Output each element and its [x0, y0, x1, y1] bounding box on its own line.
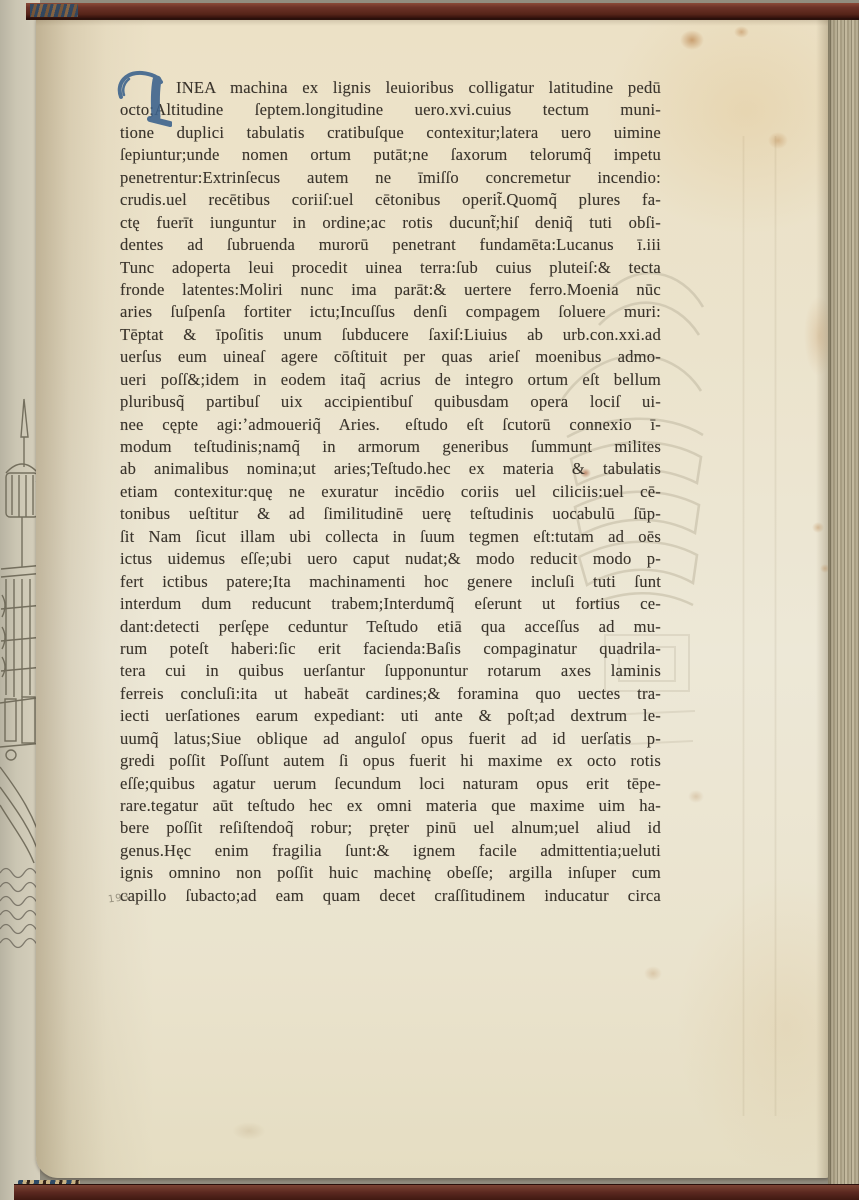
- book-page-scan: INEA machina ex lignis leuioribus collig…: [0, 0, 859, 1200]
- text-line: uerſus eum uineaſ agere cōſtituit per qu…: [120, 346, 661, 368]
- text-line: rare.tegatur aūt teſtudo hec ex omni mat…: [120, 795, 661, 817]
- headband-top: [30, 4, 78, 17]
- text-line: ferreis concluſi:ita ut habeāt cardines;…: [120, 683, 661, 705]
- text-line: fronde latentes:Moliri nunc ima parāt:& …: [120, 279, 661, 301]
- binding-bottom: [14, 1184, 859, 1200]
- text-line: eſſe;quibus agatur uerum ſecundum loci n…: [120, 773, 661, 795]
- text-line: uumq̃ latus;Siue oblique ad anguloſ opus…: [120, 728, 661, 750]
- page: INEA machina ex lignis leuioribus collig…: [36, 16, 830, 1178]
- text-line: Tēptat & īpoſitis unum ſubducere ſaxiſ:L…: [120, 324, 661, 346]
- text-line: tonibus ueſtitur & ad ſimilitudinē uerę …: [120, 503, 661, 525]
- text-line: pluribusq̃ partibuſ uix accipientibuſ qu…: [120, 391, 661, 413]
- foxing-stain: [734, 26, 749, 38]
- text-line: aries ſuſpenſa fortiter ictu;Incuſſus de…: [120, 301, 661, 323]
- text-line: ictus uidemus eſſe;ubi uero caput nudat;…: [120, 548, 661, 570]
- text-block: INEA machina ex lignis leuioribus collig…: [120, 77, 661, 907]
- text-line: tera cui in quibus uerſantur ſupponuntur…: [120, 660, 661, 682]
- text-line: INEA machina ex lignis leuioribus collig…: [120, 77, 661, 99]
- text-line: genus.Hęc enim fragilia ſunt:& ignem fac…: [120, 840, 661, 862]
- text-line: rum poteſt haberi:ſic erit facienda:Baſi…: [120, 638, 661, 660]
- text-line: penetrentur:Extrinſecus autem ne īmiſſo …: [120, 167, 661, 189]
- foxing-stain: [688, 790, 704, 803]
- illuminated-initial-L: [114, 65, 172, 129]
- text-line: capillo ſubacto;ad eam quam decet craſſi…: [120, 885, 661, 907]
- text-line: interdum dum reducunt trabem;Interdumq̃ …: [120, 593, 661, 615]
- text-line: bere poſſit reſiſtendoq̃ robur; pręter p…: [120, 817, 661, 839]
- text-line: dant:detecti perſępe ceduntur Teſtudo et…: [120, 616, 661, 638]
- fore-edge: [828, 8, 859, 1192]
- binding-top: [26, 3, 859, 20]
- foxing-stain: [680, 30, 704, 50]
- text-line: fert ictibus patere;Ita machinamenti hoc…: [120, 571, 661, 593]
- previous-page-edge: [0, 0, 40, 1200]
- page-crease: [742, 136, 745, 1116]
- text-line: ignis omnino non poſſit huic machinę obe…: [120, 862, 661, 884]
- text-line: ueri poſſ&;idem in eodem itaq̃ acrius de…: [120, 369, 661, 391]
- text-line: ſit Nam ſicut illam ubi collecta in ſuum…: [120, 526, 661, 548]
- text-line: Tunc adoperta leui procedit uinea terra:…: [120, 257, 661, 279]
- text-line: gredi poſſit Poſſunt autem ſi opus fueri…: [120, 750, 661, 772]
- text-line: ab animalibus nomina;ut aries;Teſtudo.he…: [120, 458, 661, 480]
- foxing-stain: [768, 132, 788, 149]
- text-line: octo;Altitudine ſeptem.longitudine uero.…: [120, 99, 661, 121]
- text-line: etiam contexitur:quę ne exuratur incēdio…: [120, 481, 661, 503]
- text-line: modum teſtudinis;namq̃ in armorum generi…: [120, 436, 661, 458]
- page-crease: [774, 136, 777, 1116]
- text-line: dentes ad ſubruenda murorū penetrant fun…: [120, 234, 661, 256]
- foxing-stain: [644, 966, 662, 981]
- foxing-stain: [232, 1122, 266, 1140]
- text-line: iecti uerſationes earum expediant: uti a…: [120, 705, 661, 727]
- text-line: ſepiuntur;unde nomen ortum putāt;ne ſaxo…: [120, 144, 661, 166]
- text-line: tione duplici tabulatis cratibuſque cont…: [120, 122, 661, 144]
- text-line: nee cępte agi:ʼadmoueriq̃ Aries. eſtudo …: [120, 414, 661, 436]
- text-line: crudis.uel recētibus coriiſ:uel cētonibu…: [120, 189, 661, 211]
- text-line: ctę fuerīt iunguntur in ordine;ac rotis …: [120, 212, 661, 234]
